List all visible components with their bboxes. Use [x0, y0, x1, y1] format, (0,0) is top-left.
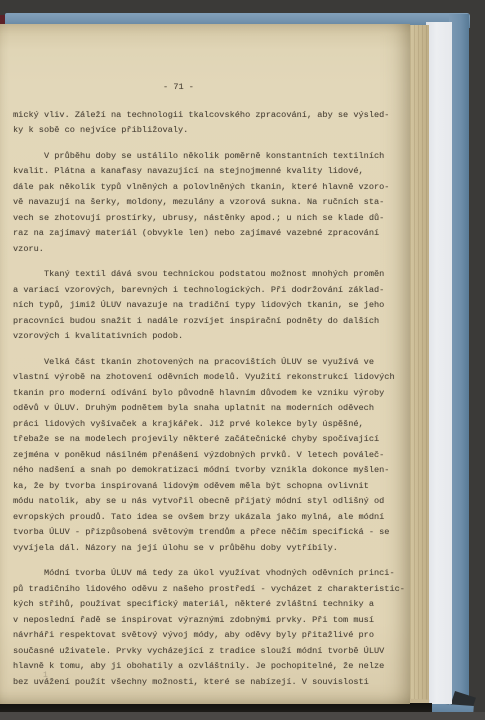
endpaper-strip [426, 22, 452, 704]
text-line: ky k sobě co nejvíce přibližovaly. [13, 123, 407, 139]
text-line: v neposlední řadě se inspirovat výrazným… [13, 613, 407, 629]
paragraph: mický vliv. Záleží na technologii tkalco… [13, 108, 407, 139]
text-line: bez uvážení použít všechny možnosti, kte… [13, 675, 407, 691]
text-line: vzorových i kvalitativních podob. [13, 329, 407, 345]
paragraphs: mický vliv. Záleží na technologii tkalco… [13, 108, 407, 691]
text-line: Tkaný textil dává svou technickou podsta… [13, 267, 407, 283]
text-line: raz na zajímavý materiál (obvykle len) n… [13, 226, 407, 242]
page-number: - 71 - [13, 80, 407, 96]
text-line: mický vliv. Záleží na technologii tkalco… [13, 108, 407, 124]
text-line: vlastní výrobě na zhotovení oděvních mod… [13, 370, 407, 386]
text-line: oděvů v ÚLUV. Druhým podnětem byla snaha… [13, 401, 407, 417]
scanned-page: - 71 - mický vliv. Záleží na technologii… [0, 24, 410, 704]
stray-mark: 1 [43, 668, 48, 684]
text-line: současné uživatele. Prvky vycházející z … [13, 644, 407, 660]
text-line: hlavně k tomu, aby ji obohatily a ozvláš… [13, 659, 407, 675]
book-scan: - 71 - mický vliv. Záleží na technologii… [0, 0, 485, 720]
paragraph: Módní tvorba ÚLUV má tedy za úkol využív… [13, 566, 407, 690]
text-line: kých střihů, používat specifický materiá… [13, 597, 407, 613]
paragraph: Tkaný textil dává svou technickou podsta… [13, 267, 407, 345]
text-line: tvorba ÚLUV - přizpůsobená světovým tren… [13, 525, 407, 541]
text-line: vzoru. [13, 242, 407, 258]
text-line: V průběhu doby se ustálilo několik poměr… [13, 149, 407, 165]
text-line: vech se zhotovují prostírky, ubrusy, nás… [13, 211, 407, 227]
text-line: Velká část tkanin zhotovených na pracovi… [13, 355, 407, 371]
text-line: kvalit. Plátna a kanafasy navazující na … [13, 164, 407, 180]
scanner-background [0, 712, 485, 720]
text-line: vyvíjela dál. Názory na její úlohu se v … [13, 541, 407, 557]
text-line: pracovníci budou snažit i nadále rozvíje… [13, 314, 407, 330]
text-line: dále pak několik typů vlněných a polovln… [13, 180, 407, 196]
text-line: tkanin pro moderní odívání bylo původně … [13, 386, 407, 402]
text-line: návrháři respektovat světový vývoj módy,… [13, 628, 407, 644]
text-line: Módní tvorba ÚLUV má tedy za úkol využív… [13, 566, 407, 582]
text-line: ného nadšení a snah po demokratizaci mód… [13, 463, 407, 479]
text-line: módu natolik, aby se u nás vytvořil obec… [13, 494, 407, 510]
text-line: ních typů, jimiž ÚLUV navazuje na tradič… [13, 298, 407, 314]
text-line: vě navazují na šerky, moldony, mezulány … [13, 195, 407, 211]
text-line: zejména v poněkud násilném přenášení výz… [13, 448, 407, 464]
text-line: evropských proudů. Tato idea se ovšem br… [13, 510, 407, 526]
text-line: třebaže se na modelech projevily některé… [13, 432, 407, 448]
text-line: práci lidových vyšívaček a krajkářek. Ji… [13, 417, 407, 433]
book-cover-right-edge [449, 14, 469, 706]
paragraph: Velká část tkanin zhotovených na pracovi… [13, 355, 407, 557]
paragraph: V průběhu doby se ustálilo několik poměr… [13, 149, 407, 258]
text-line: ka, že by tvorba inspirovaná lidovým odě… [13, 479, 407, 495]
text-line: a variací vzorových, barevných i technol… [13, 283, 407, 299]
page-text: - 71 - mický vliv. Záleží na technologii… [13, 80, 407, 690]
text-line: pů tradičního lidového oděvu z našeho pr… [13, 582, 407, 598]
